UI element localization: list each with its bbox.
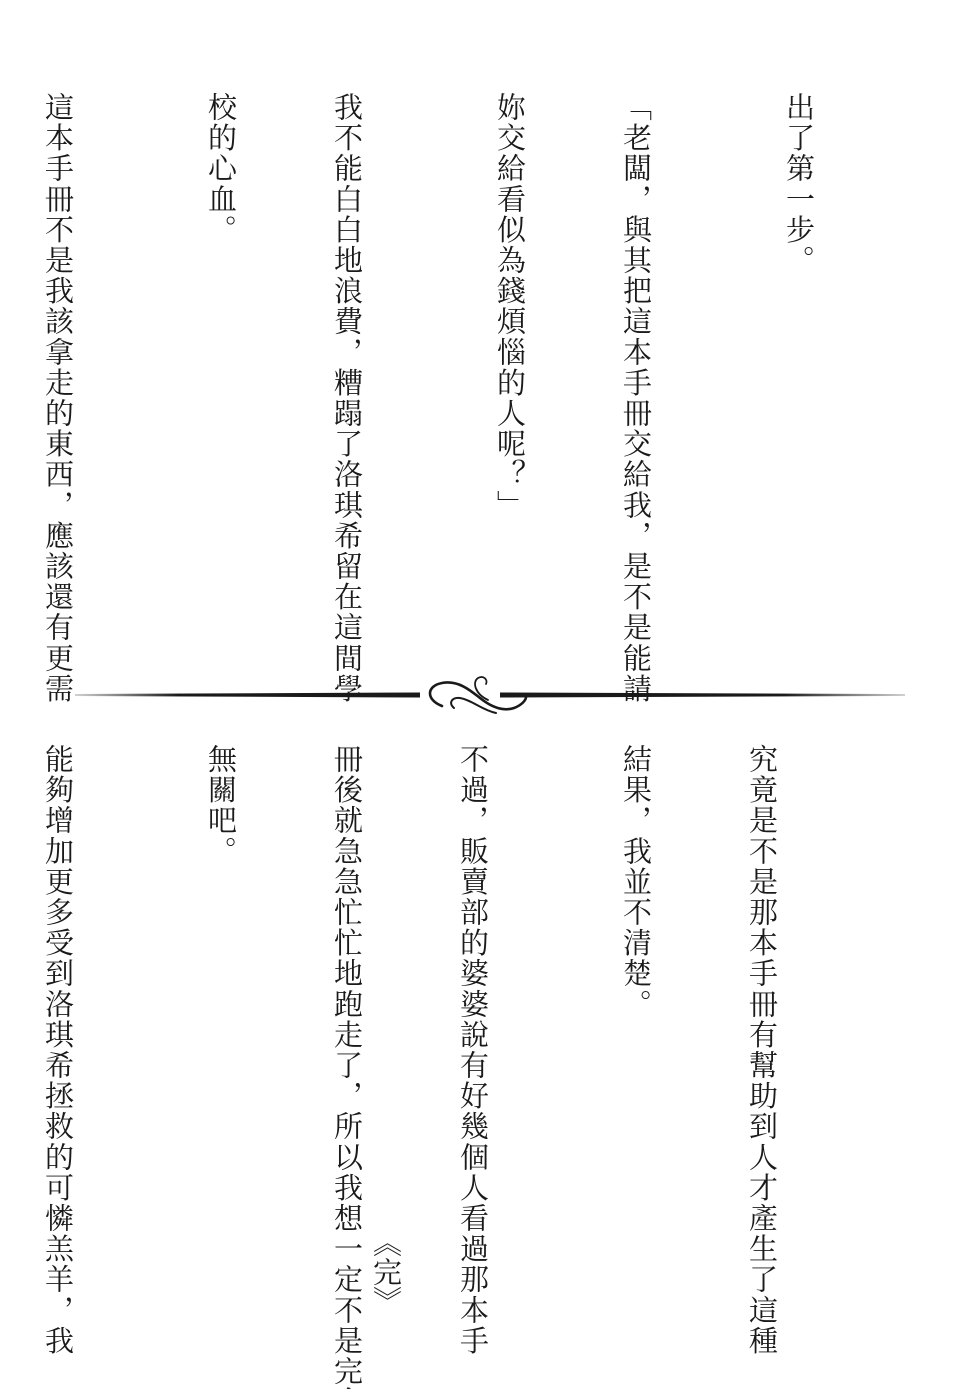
text-column: 這本手冊不是我該拿走的東西，應該還有更需	[37, 92, 116, 652]
text-column: 不過，販賣部的婆婆說有好幾個人看過那本手	[452, 744, 531, 1304]
text-column: 妳交給看似為錢煩惱的人呢？」	[489, 92, 531, 652]
text-column: 校的心血。	[200, 92, 242, 652]
top-text-block: 出了第一步。 「老闆，與其把這本手冊交給我，是不是能請 妳交給看似為錢煩惱的人呢…	[0, 92, 904, 652]
text-column: 我不能白白地浪費，糟蹋了洛琪希留在這間學	[326, 92, 405, 652]
text-column: 究竟是不是那本手冊有幫助到人才產生了這種	[741, 744, 820, 1304]
bottom-text-block: 究竟是不是那本手冊有幫助到人才產生了這種 結果，我並不清楚。 不過，販賣部的婆婆…	[0, 744, 904, 1304]
text-column: 出了第一步。	[778, 92, 820, 652]
text-column: 能夠增加更多受到洛琪希拯救的可憐羔羊，我	[37, 744, 116, 1304]
text-column: 無關吧。	[200, 744, 242, 1304]
text-column: 結果，我並不清楚。	[615, 744, 657, 1304]
text-column: 「老闆，與其把這本手冊交給我，是不是能請	[615, 92, 694, 652]
end-mark: 《完》	[365, 1228, 407, 1315]
flourish-divider-icon	[70, 670, 910, 720]
text-column: 冊後就急急忙忙地跑走了，所以我想一定不是完全	[326, 744, 368, 1304]
